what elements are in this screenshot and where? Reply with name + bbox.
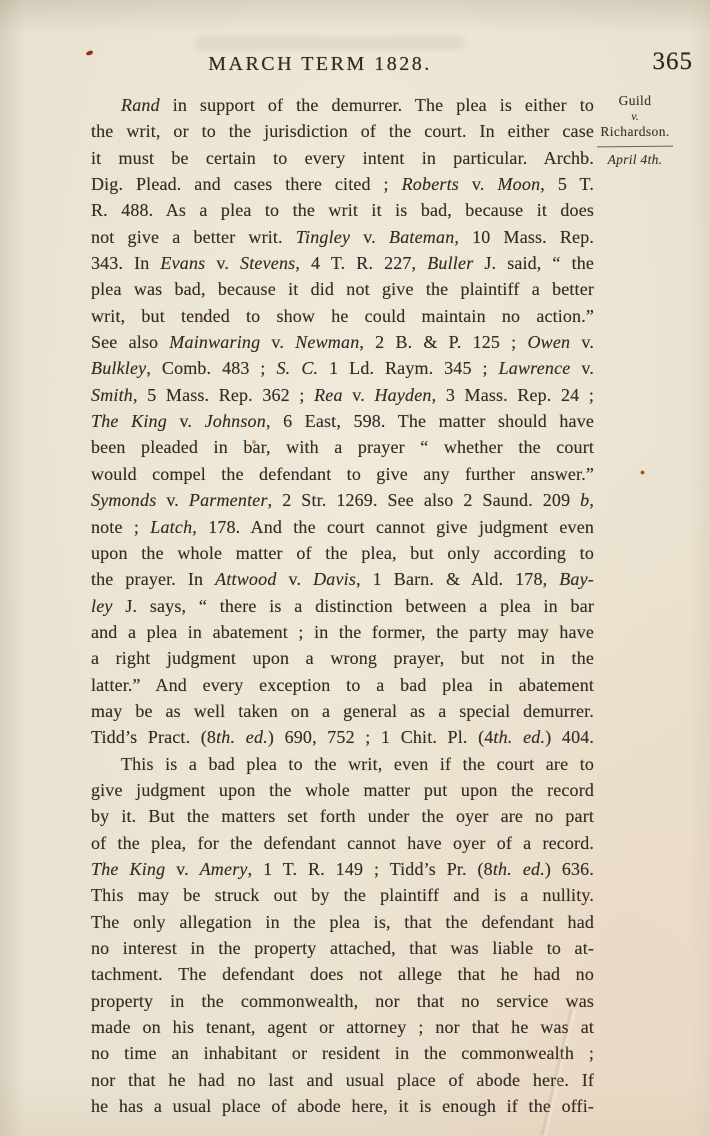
- running-title: MARCH TERM 1828.: [0, 53, 640, 76]
- body-line: latter.” And every exception to a bad pl…: [91, 672, 594, 698]
- body-line: The King v. Johnson, 6 East, 598. The ma…: [91, 408, 594, 434]
- body-line: no interest in the property attached, th…: [91, 935, 594, 961]
- body-line: made on his tenant, agent or attorney ; …: [91, 1014, 594, 1040]
- body-line: Rand in support of the demurrer. The ple…: [91, 92, 594, 118]
- body-line: would compel the defendant to give any f…: [91, 461, 594, 487]
- body-line: no time an inhabitant or resident in the…: [91, 1040, 594, 1066]
- body-line: See also Mainwaring v. Newman, 2 B. & P.…: [91, 329, 594, 355]
- body-line: Dig. Plead. and cases there cited ; Robe…: [91, 171, 594, 197]
- body-line: The only allegation in the plea is, that…: [91, 909, 594, 935]
- body-line: The King v. Amery, 1 T. R. 149 ; Tidd’s …: [91, 856, 594, 882]
- body-line: and a plea in abatement ; in the former,…: [91, 619, 594, 645]
- body-line: he has a usual place of abode here, it i…: [91, 1093, 594, 1119]
- body-line: the writ, or to the jurisdiction of the …: [91, 118, 594, 144]
- body-line: This is a bad plea to the writ, even if …: [91, 751, 594, 777]
- body-line: a right judgment upon a wrong prayer, bu…: [91, 645, 594, 671]
- body-line: may be as well taken on a general as a s…: [91, 698, 594, 724]
- margin-date: April 4th.: [592, 151, 678, 169]
- body-line: 343. In Evans v. Stevens, 4 T. R. 227, B…: [91, 250, 594, 276]
- body-line: give judgment upon the whole matter put …: [91, 777, 594, 803]
- paper-speck: [640, 470, 645, 475]
- body-text: Rand in support of the demurrer. The ple…: [91, 92, 594, 1119]
- body-line: nor that he had no last and usual place …: [91, 1067, 594, 1093]
- body-line: writ, but tended to show he could mainta…: [91, 303, 594, 329]
- body-line: R. 488. As a plea to the writ it is bad,…: [91, 197, 594, 223]
- body-line: Bulkley, Comb. 483 ; S. C. 1 Ld. Raym. 3…: [91, 355, 594, 381]
- body-line: of the plea, for the defendant cannot ha…: [91, 830, 594, 856]
- margin-case-versus: v.: [592, 110, 678, 123]
- body-line: upon the whole matter of the plea, but o…: [91, 540, 594, 566]
- margin-case-party1: Guild: [592, 92, 678, 110]
- body-line: Symonds v. Parmenter, 2 Str. 1269. See a…: [91, 487, 594, 513]
- body-line: been pleaded in bar, with a prayer “ whe…: [91, 434, 594, 460]
- body-line: property in the commonwealth, nor that n…: [91, 988, 594, 1014]
- margin-rule: [597, 146, 673, 148]
- body-line: Smith, 5 Mass. Rep. 362 ; Rea v. Hayden,…: [91, 382, 594, 408]
- show-through-smudge: [195, 36, 465, 50]
- margin-case-party2: Richardson.: [592, 123, 678, 141]
- body-line: it must be certain to every intent in pa…: [91, 145, 594, 171]
- body-line: Tidd’s Pract. (8th. ed.) 690, 752 ; 1 Ch…: [91, 724, 594, 750]
- body-line: This may be struck out by the plaintiff …: [91, 882, 594, 908]
- book-page: MARCH TERM 1828. 365 Rand in support of …: [0, 0, 710, 1136]
- body-line: the prayer. In Attwood v. Davis, 1 Barn.…: [91, 566, 594, 592]
- body-line: note ; Latch, 178. And the court cannot …: [91, 514, 594, 540]
- body-line: ley J. says, “ there is a distinction be…: [91, 593, 594, 619]
- body-line: plea was bad, because it did not give th…: [91, 276, 594, 302]
- body-line: by it. But the matters set forth under t…: [91, 803, 594, 829]
- body-line: tachment. The defendant does not allege …: [91, 961, 594, 987]
- margin-notes: Guild v. Richardson. April 4th.: [592, 92, 678, 169]
- page-number: 365: [653, 48, 694, 76]
- body-line: not give a better writ. Tingley v. Batem…: [91, 224, 594, 250]
